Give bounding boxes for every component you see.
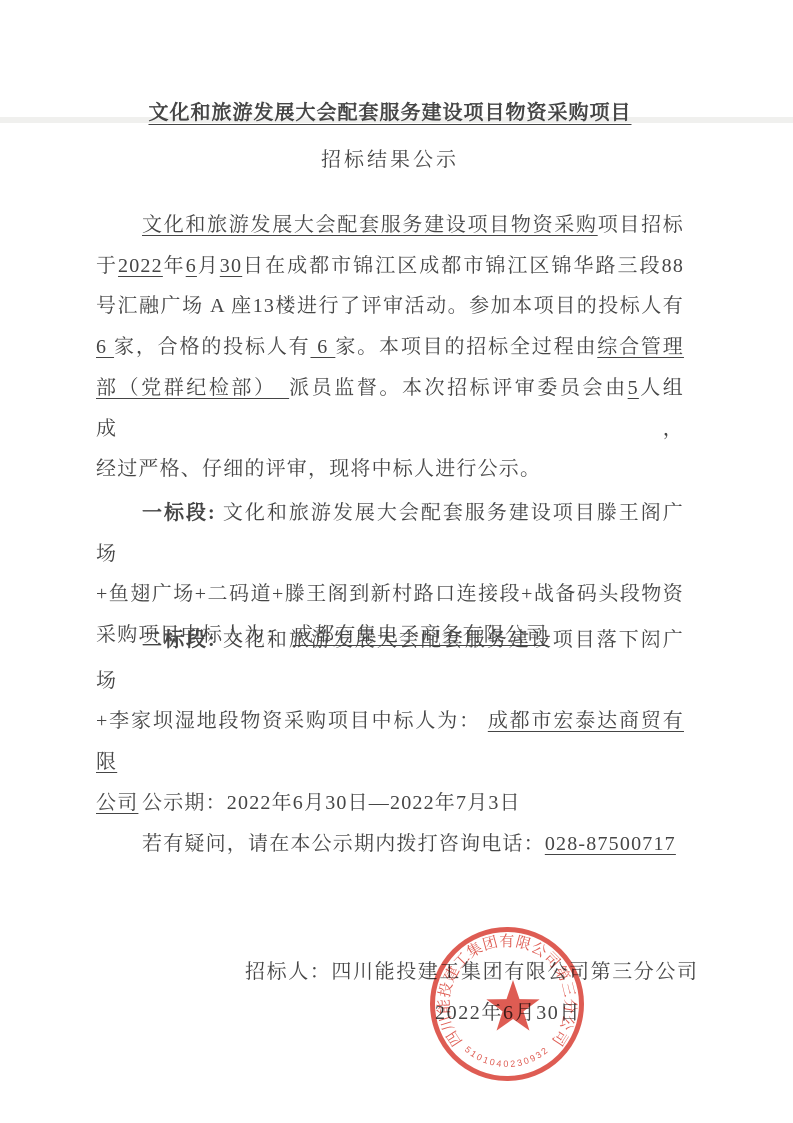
text-line: 部（党群纪检部） 派员监督。本次招标评审委员会由5人组成， <box>96 368 684 449</box>
underlined-field-text: 028-87500717 <box>545 833 676 855</box>
text-run: 公示期：2022年6月30日—2022年7月3日 <box>142 792 521 814</box>
text-line: 若有疑问，请在本公示期内拨打咨询电话：028-87500717 <box>96 824 684 865</box>
text-line: 二标段: 文化和旅游发展大会配套服务建设项目落下闳广场 <box>96 620 684 701</box>
text-run: +李家坝湿地段物资采购项目中标人为： <box>96 710 488 732</box>
text-line: 文化和旅游发展大会配套服务建设项目物资采购项目招标 <box>96 205 684 246</box>
company-seal: 四川能投建工集团有限公司第三分公司 5101040230932 <box>422 919 592 1089</box>
underlined-field-text: 部（党群纪检部） <box>96 377 289 399</box>
underlined-field-text: 综合管理 <box>597 336 684 358</box>
bold-label-text: 一标段: <box>142 502 216 524</box>
text-run: 项目招标 <box>598 214 684 236</box>
underlined-field-text: 6 <box>310 336 335 358</box>
bold-label-text: 二标段: <box>142 629 216 651</box>
text-run: 家，合格的投标人有 <box>114 336 310 358</box>
document-title-line2: 招标结果公示 <box>96 145 684 175</box>
seal-star-icon <box>486 980 539 1031</box>
text-run: 日在成都市锦江区成都市锦江区锦华路三段88 <box>242 255 684 277</box>
intro-paragraph: 文化和旅游发展大会配套服务建设项目物资采购项目招标于2022年6月30日在成都市… <box>96 205 684 490</box>
underlined-field-text: 30 <box>220 255 242 277</box>
text-run: 家。本项目的招标全过程由 <box>335 336 597 358</box>
text-line: 经过严格、仔细的评审，现将中标人进行公示。 <box>96 449 684 490</box>
text-run: 月 <box>197 255 220 277</box>
document-page: 文化和旅游发展大会配套服务建设项目物资采购项目 招标结果公示 文化和旅游发展大会… <box>0 0 793 1123</box>
text-run: 于 <box>96 255 118 277</box>
text-run: +鱼翅广场+二码道+滕王阁到新村路口连接段+战备码头段物资 <box>96 583 684 605</box>
publicity-period-paragraph: 公示期：2022年6月30日—2022年7月3日若有疑问，请在本公示期内拨打咨询… <box>96 783 684 864</box>
text-line: 6 家，合格的投标人有 6 家。本项目的招标全过程由综合管理 <box>96 327 684 368</box>
underlined-field-text: 6 <box>96 336 114 358</box>
document-title-line1: 文化和旅游发展大会配套服务建设项目物资采购项目 <box>96 98 684 128</box>
text-run: 若有疑问，请在本公示期内拨打咨询电话： <box>142 833 545 855</box>
seal-serial-number: 5101040230932 <box>463 1044 551 1069</box>
text-line: 一标段: 文化和旅游发展大会配套服务建设项目滕王阁广场 <box>96 493 684 574</box>
text-line: +鱼翅广场+二码道+滕王阁到新村路口连接段+战备码头段物资 <box>96 574 684 615</box>
text-run: 经过严格、仔细的评审，现将中标人进行公示。 <box>96 458 541 480</box>
underlined-field-text: 文化和旅游发展大会配套服务建设项目物资采购 <box>142 214 598 236</box>
underlined-field-text: 5 <box>628 377 639 399</box>
text-line: 号汇融广场 A 座13楼进行了评审活动。参加本项目的投标人有 <box>96 286 684 327</box>
seal-serial-arc: 5101040230932 <box>463 1044 551 1069</box>
text-run: 号汇融广场 A 座13楼进行了评审活动。参加本项目的投标人有 <box>96 295 684 317</box>
text-run: 年 <box>163 255 186 277</box>
underlined-field-text: 2022 <box>118 255 163 277</box>
text-line: +李家坝湿地段物资采购项目中标人为： 成都市宏泰达商贸有限 <box>96 701 684 782</box>
underlined-field-text: 6 <box>186 255 197 277</box>
text-line: 于2022年6月30日在成都市锦江区成都市锦江区锦华路三段88 <box>96 246 684 287</box>
text-run: 派员监督。本次招标评审委员会由 <box>289 377 628 399</box>
text-line: 公示期：2022年6月30日—2022年7月3日 <box>96 783 684 824</box>
